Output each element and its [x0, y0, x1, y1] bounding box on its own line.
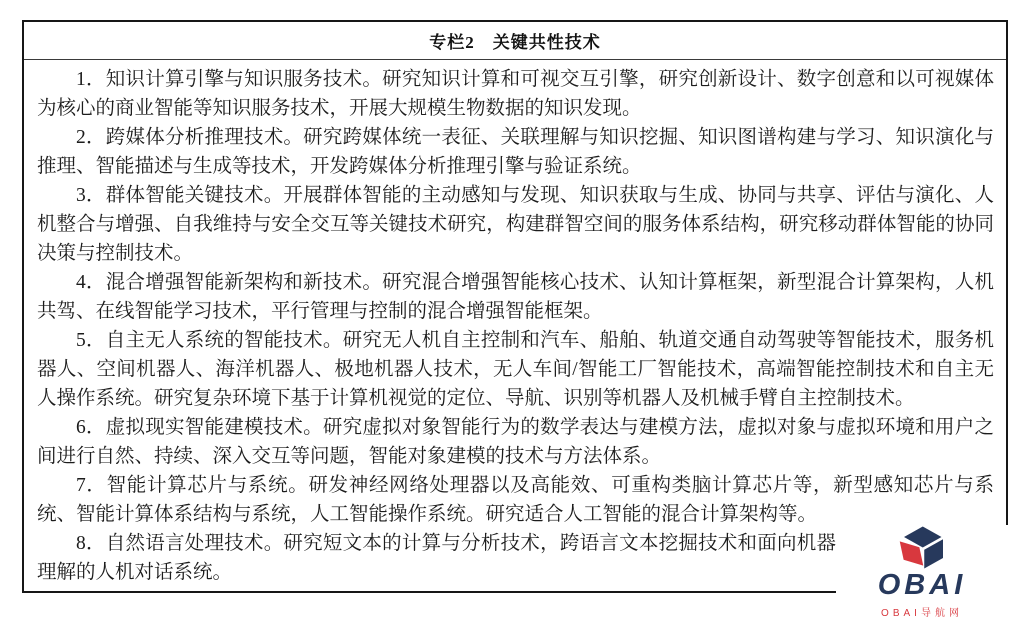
box-title: 专栏2 关键共性技术 [24, 22, 1006, 60]
tech-item-7: 7．智能计算芯片与系统。研发神经网络处理器以及高能效、可重构类脑计算芯片等，新型… [37, 471, 994, 529]
box-body: 1．知识计算引擎与知识服务技术。研究知识计算和可视交互引擎，研究创新设计、数字创… [24, 60, 1006, 587]
document-page: 专栏2 关键共性技术 1．知识计算引擎与知识服务技术。研究知识计算和可视交互引擎… [0, 0, 1024, 617]
cube-logo-icon [895, 525, 949, 573]
tech-item-3: 3．群体智能关键技术。开展群体智能的主动感知与发现、知识获取与生成、协同与共享、… [37, 181, 994, 268]
tech-item-6: 6．虚拟现实智能建模技术。研究虚拟对象智能行为的数学表达与建模方法，虚拟对象与虚… [37, 413, 994, 471]
tech-item-5: 5．自主无人系统的智能技术。研究无人机自主控制和汽车、船舶、轨道交通自动驾驶等智… [37, 326, 994, 413]
watermark-caption-text: OBAI导航网 [881, 604, 963, 617]
obai-watermark: OBAI OBAI导航网 [836, 525, 1008, 613]
tech-item-4: 4．混合增强智能新架构和新技术。研究混合增强智能核心技术、认知计算框架，新型混合… [37, 268, 994, 326]
watermark-brand-text: OBAI [878, 571, 967, 600]
tech-item-2: 2．跨媒体分析推理技术。研究跨媒体统一表征、关联理解与知识挖掘、知识图谱构建与学… [37, 123, 994, 181]
column-box: 专栏2 关键共性技术 1．知识计算引擎与知识服务技术。研究知识计算和可视交互引擎… [22, 20, 1008, 593]
tech-item-1: 1．知识计算引擎与知识服务技术。研究知识计算和可视交互引擎，研究创新设计、数字创… [37, 65, 994, 123]
